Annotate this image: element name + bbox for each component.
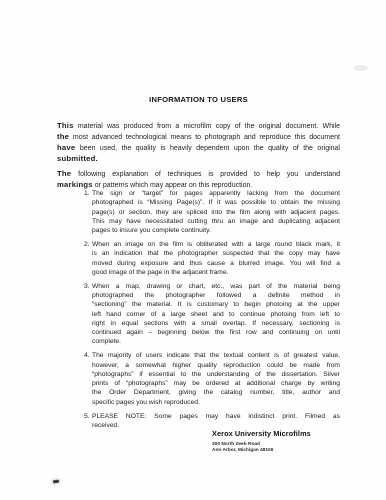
lead-word: submitted. — [57, 154, 98, 163]
text-line: The following explanation of techniques … — [57, 169, 340, 180]
text-line: photographed is “Missing Page(s)”. If it… — [92, 198, 340, 207]
document-page: INFORMATION TO USERS This material was p… — [0, 0, 386, 500]
text-line: photographed the photographer followed a… — [92, 291, 340, 300]
text-line: good image of the page in the adjacent f… — [92, 268, 340, 277]
list-item-number: 2. — [84, 240, 90, 249]
lead-word: have — [57, 143, 75, 152]
lead-word: markings — [57, 180, 93, 189]
numbered-list: 1.The sign or “target” for pages apparen… — [57, 189, 340, 435]
scan-smudge — [353, 65, 368, 71]
list-item-number: 1. — [84, 189, 90, 198]
footer-address-line2: Ann Arbor, Michigan 48106 — [212, 448, 311, 454]
footer-company-name: Xerox University Microfilms — [212, 429, 311, 438]
lead-word: The — [57, 169, 71, 178]
footer-address: 300 North Zeeb Road Ann Arbor, Michigan … — [212, 442, 311, 454]
text-line: PLEASE NOTE: Some pages may have indisti… — [92, 412, 340, 421]
text-line: This material was produced from a microf… — [57, 121, 340, 132]
text-line: “photographs” if essential to the unders… — [92, 370, 340, 379]
lead-word: the — [57, 132, 69, 141]
text-line: have been used, the quality is heavily d… — [57, 143, 340, 154]
text-line: the Order Department, giving the catalog… — [92, 388, 340, 397]
intro-paragraphs: This material was produced from a microf… — [57, 121, 340, 191]
text-line: right in equal sections with a small ove… — [92, 319, 340, 328]
text-line: When an image on the film is obliterated… — [92, 240, 340, 249]
list-item: 3.When a map, drawing or chart, etc., wa… — [57, 282, 340, 347]
text-line: the most advanced technological means to… — [57, 132, 340, 143]
text-line: The sign or “target” for pages apparentl… — [92, 189, 340, 198]
text-line: This may have necessitated cutting thru … — [92, 217, 340, 226]
text-line: is an indication that the photographer s… — [92, 249, 340, 258]
text-line: however, a somewhat higher quality repro… — [92, 361, 340, 370]
list-item: 1.The sign or “target” for pages apparen… — [57, 189, 340, 235]
text-line: continued again – beginning below the fi… — [92, 328, 340, 337]
list-item: 4.The majority of users indicate that th… — [57, 351, 340, 407]
footer: Xerox University Microfilms 300 North Ze… — [212, 429, 311, 454]
text-line: left hand corner of a large sheet and to… — [92, 310, 340, 319]
text-line: complete. — [92, 337, 340, 346]
text-line: moved during exposure and thus cause a b… — [92, 259, 340, 268]
list-item-number: 4. — [84, 351, 90, 360]
ink-speck — [53, 480, 59, 484]
list-item-number: 5. — [84, 412, 90, 421]
list-item: 2.When an image on the film is obliterat… — [57, 240, 340, 277]
intro-paragraph: The following explanation of techniques … — [57, 169, 340, 191]
text-line: page(s) or section, they are spliced int… — [92, 208, 340, 217]
text-line: prints of “photographs” may be ordered a… — [92, 379, 340, 388]
text-line: specific pages you wish reproduced. — [92, 398, 340, 407]
list-item-number: 3. — [84, 282, 90, 291]
text-line: submitted. — [57, 154, 340, 165]
text-line: pages to insure you complete continuity. — [92, 226, 340, 235]
text-line: “sectioning” the material. It is customa… — [92, 300, 340, 309]
page-heading: INFORMATION TO USERS — [57, 95, 340, 104]
lead-word: This — [57, 121, 74, 130]
list-item: 5.PLEASE NOTE: Some pages may have indis… — [57, 412, 340, 431]
text-line: The majority of users indicate that the … — [92, 351, 340, 360]
text-line: When a map, drawing or chart, etc., was … — [92, 282, 340, 291]
intro-paragraph: This material was produced from a microf… — [57, 121, 340, 165]
